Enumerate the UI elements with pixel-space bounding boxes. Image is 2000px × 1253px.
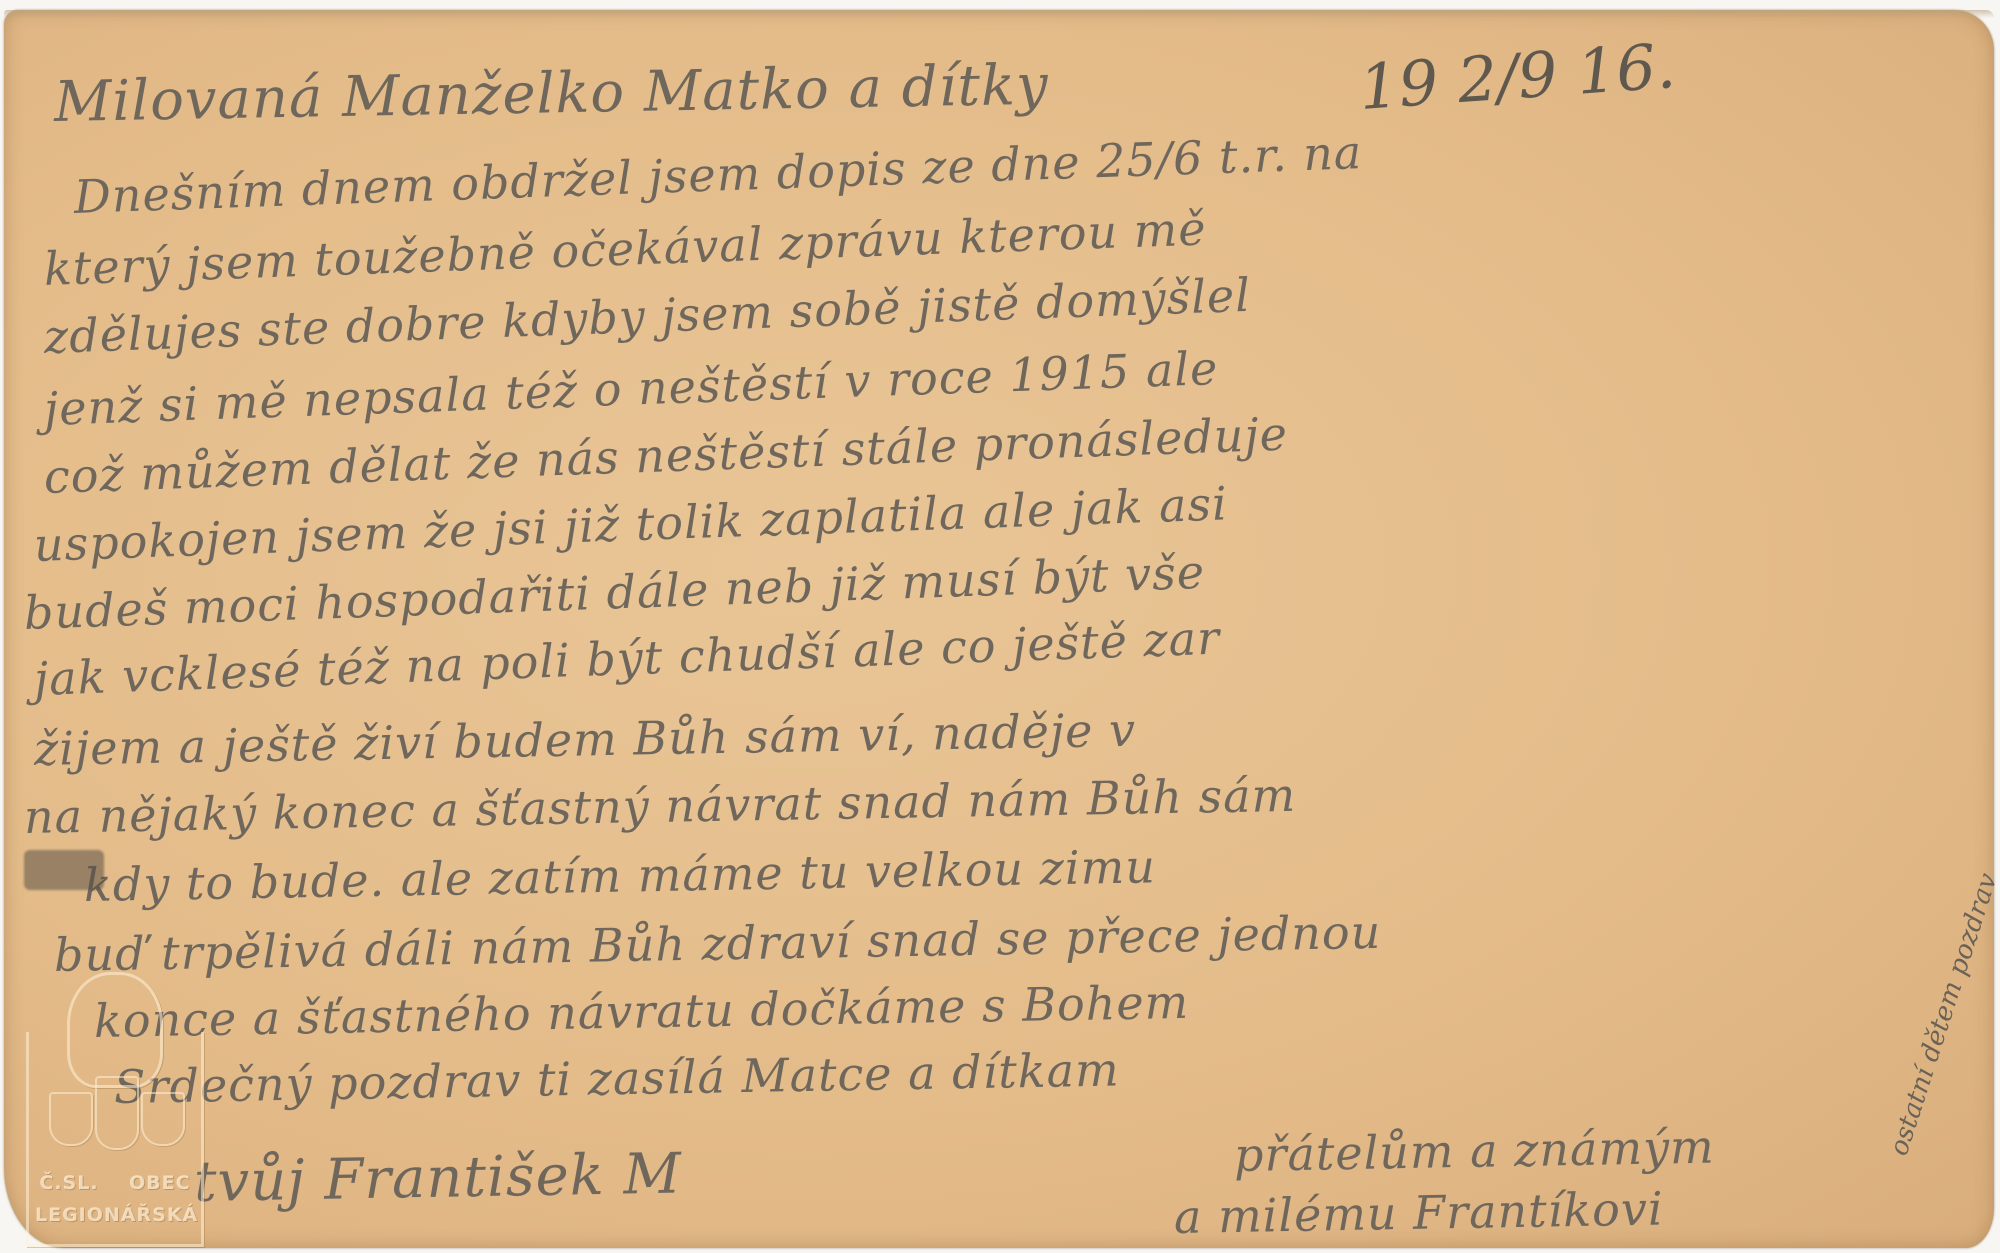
coat-of-arms-icon [95, 1076, 139, 1150]
postcard: 19 2/9 16. Milovaná Manželko Matko a dít… [4, 10, 1994, 1248]
coat-of-arms-icon [49, 1092, 93, 1146]
letter-line: Srdečný pozdrav ti zasílá Matce a dítkam [114, 1042, 1121, 1114]
letter-line: a milému Frantíkovi [1174, 1181, 1664, 1244]
letter-line: na nějaký konec a šťastný návrat snad ná… [24, 768, 1297, 844]
legion-emboss-stamp: Č.SL. OBEC LEGIONÁŘSKÁ [26, 1032, 204, 1247]
stamp-line-1: Č.SL. OBEC [35, 1172, 195, 1194]
salutation: Milovaná Manželko Matko a dítky [53, 53, 1049, 135]
letter-date: 19 2/9 16. [1357, 29, 1678, 124]
letter-line: kdy to bude. ale zatím máme tu velkou zi… [84, 839, 1157, 912]
stamp-line-2: LEGIONÁŘSKÁ [35, 1204, 195, 1226]
letter-line: konce a šťastného návratu dočkáme s Bohe… [94, 975, 1190, 1048]
soldier-head-icon [67, 972, 163, 1088]
stamp-text-left: Č.SL. [39, 1172, 98, 1194]
stamp-text-right: OBEC [129, 1172, 191, 1194]
letter-line: přátelům a známým [1234, 1120, 1716, 1182]
margin-note: ostatní dětem pozdrav [1884, 870, 2000, 1160]
letter-line: buď trpělivá dáli nám Bůh zdraví snad se… [54, 905, 1382, 982]
signature: tvůj František M [193, 1141, 682, 1215]
ink-blot [24, 850, 104, 890]
letter-line: žijem a ještě živí budem Bůh sám ví, nad… [34, 703, 1137, 776]
coat-of-arms-icon [141, 1092, 185, 1146]
